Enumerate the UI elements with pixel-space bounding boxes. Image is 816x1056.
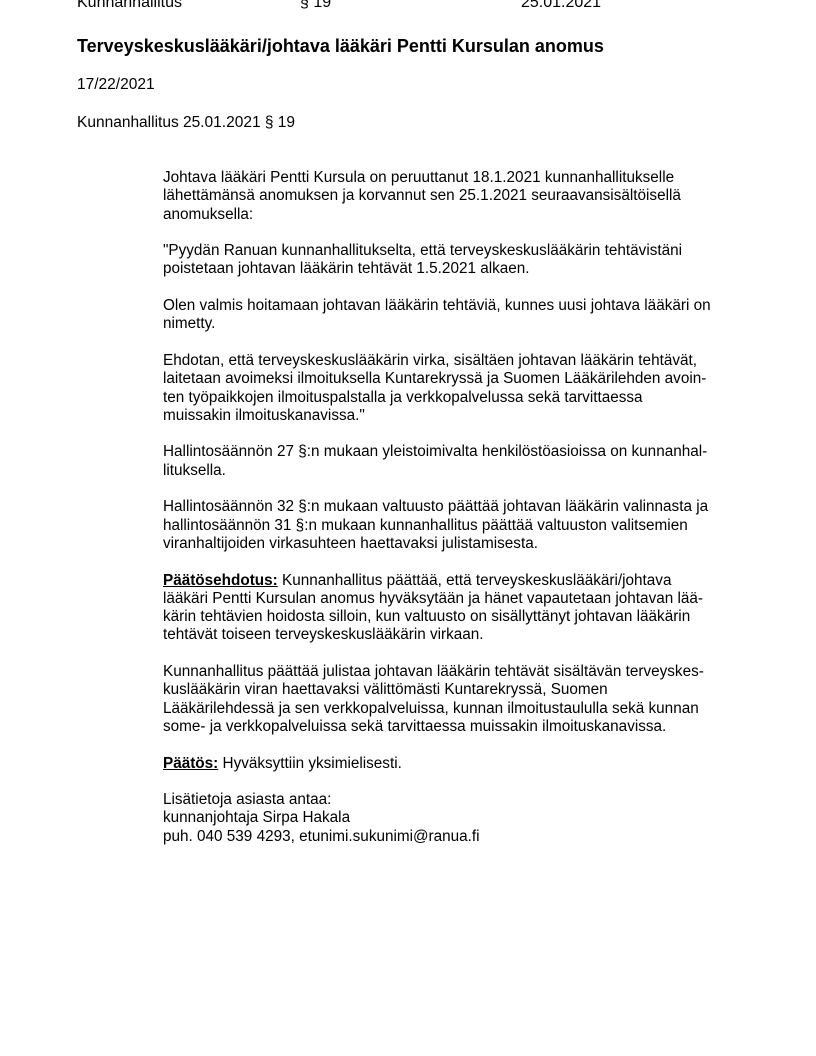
body-paragraph: Ehdotan, että terveyskeskuslääkärin virk…: [163, 352, 743, 425]
announcement-line: Kunnanhallitus päättää julistaa johtavan…: [163, 663, 743, 681]
proposal-line: lääkäri Pentti Kursulan anomus hyväksytä…: [163, 590, 743, 608]
paragraph-line: viranhaltijoiden virkasuhteen haettavaks…: [163, 535, 743, 553]
paragraph-line: lituksella.: [163, 462, 743, 480]
decision-text: Hyväksyttiin yksimielisesti.: [218, 755, 402, 772]
contact-line: Lisätietoja asiasta antaa:: [163, 791, 743, 809]
header-date: 25.01.2021: [521, 0, 601, 12]
contact-phone-email: puh. 040 539 4293, etunimi.sukunimi@ranu…: [163, 828, 743, 846]
announcement-line: kuslääkärin viran haettavaksi välittömäs…: [163, 681, 743, 699]
paragraph-line: poistetaan johtavan lääkärin tehtävät 1.…: [163, 260, 743, 278]
decision-label: Päätös:: [163, 755, 218, 772]
case-number: 17/22/2021: [77, 76, 155, 94]
paragraph-line: Johtava lääkäri Pentti Kursula on peruut…: [163, 169, 743, 187]
announcement-line: some- ja verkkopalveluissa sekä tarvitta…: [163, 718, 743, 736]
paragraph-line: laitetaan avoimeksi ilmoituksella Kuntar…: [163, 370, 743, 388]
paragraph-line: nimetty.: [163, 315, 743, 333]
body-paragraph: Hallintosäännön 27 §:n mukaan yleistoimi…: [163, 443, 743, 480]
announcement-line: Lääkärilehdessä ja sen verkkopalveluissa…: [163, 700, 743, 718]
body-paragraph: Hallintosäännön 32 §:n mukaan valtuusto …: [163, 498, 743, 553]
paragraph-line: Hallintosäännön 32 §:n mukaan valtuusto …: [163, 498, 743, 516]
paragraph-line: anomuksella:: [163, 206, 743, 224]
proposal-line: tehtävät toiseen terveyskeskuslääkärin v…: [163, 626, 743, 644]
paragraph-line: hallintosäännön 31 §:n mukaan kunnanhall…: [163, 517, 743, 535]
proposal-label: Päätösehdotus:: [163, 572, 278, 589]
body-paragraph: Johtava lääkäri Pentti Kursula on peruut…: [163, 169, 743, 224]
body-paragraph: "Pyydän Ranuan kunnanhallitukselta, että…: [163, 242, 743, 279]
paragraph-line: Hallintosäännön 27 §:n mukaan yleistoimi…: [163, 443, 743, 461]
meeting-reference: Kunnanhallitus 25.01.2021 § 19: [77, 114, 295, 132]
header-body: Kunnanhallitus: [77, 0, 182, 12]
decision-proposal: Päätösehdotus: Kunnanhallitus päättää, e…: [163, 572, 743, 645]
paragraph-line: Ehdotan, että terveyskeskuslääkärin virk…: [163, 352, 743, 370]
document-body: Johtava lääkäri Pentti Kursula on peruut…: [163, 169, 743, 864]
header-section: § 19: [300, 0, 331, 12]
decision: Päätös: Hyväksyttiin yksimielisesti.: [163, 755, 743, 773]
paragraph-line: ten työpaikkojen ilmoituspalstalla ja ve…: [163, 389, 743, 407]
document-title: Terveyskeskuslääkäri/johtava lääkäri Pen…: [77, 36, 604, 57]
contact-info: Lisätietoja asiasta antaa: kunnanjohtaja…: [163, 791, 743, 846]
proposal-line: kärin tehtävien hoidosta silloin, kun va…: [163, 608, 743, 626]
announcement-paragraph: Kunnanhallitus päättää julistaa johtavan…: [163, 663, 743, 736]
paragraph-line: Olen valmis hoitamaan johtavan lääkärin …: [163, 297, 743, 315]
paragraph-line: "Pyydän Ranuan kunnanhallitukselta, että…: [163, 242, 743, 260]
body-paragraph: Olen valmis hoitamaan johtavan lääkärin …: [163, 297, 743, 334]
proposal-first-line: Kunnanhallitus päättää, että terveyskesk…: [278, 572, 672, 589]
paragraph-line: muissakin ilmoituskanavissa.": [163, 407, 743, 425]
paragraph-line: lähettämänsä anomuksen ja korvannut sen …: [163, 187, 743, 205]
contact-person: kunnanjohtaja Sirpa Hakala: [163, 809, 743, 827]
